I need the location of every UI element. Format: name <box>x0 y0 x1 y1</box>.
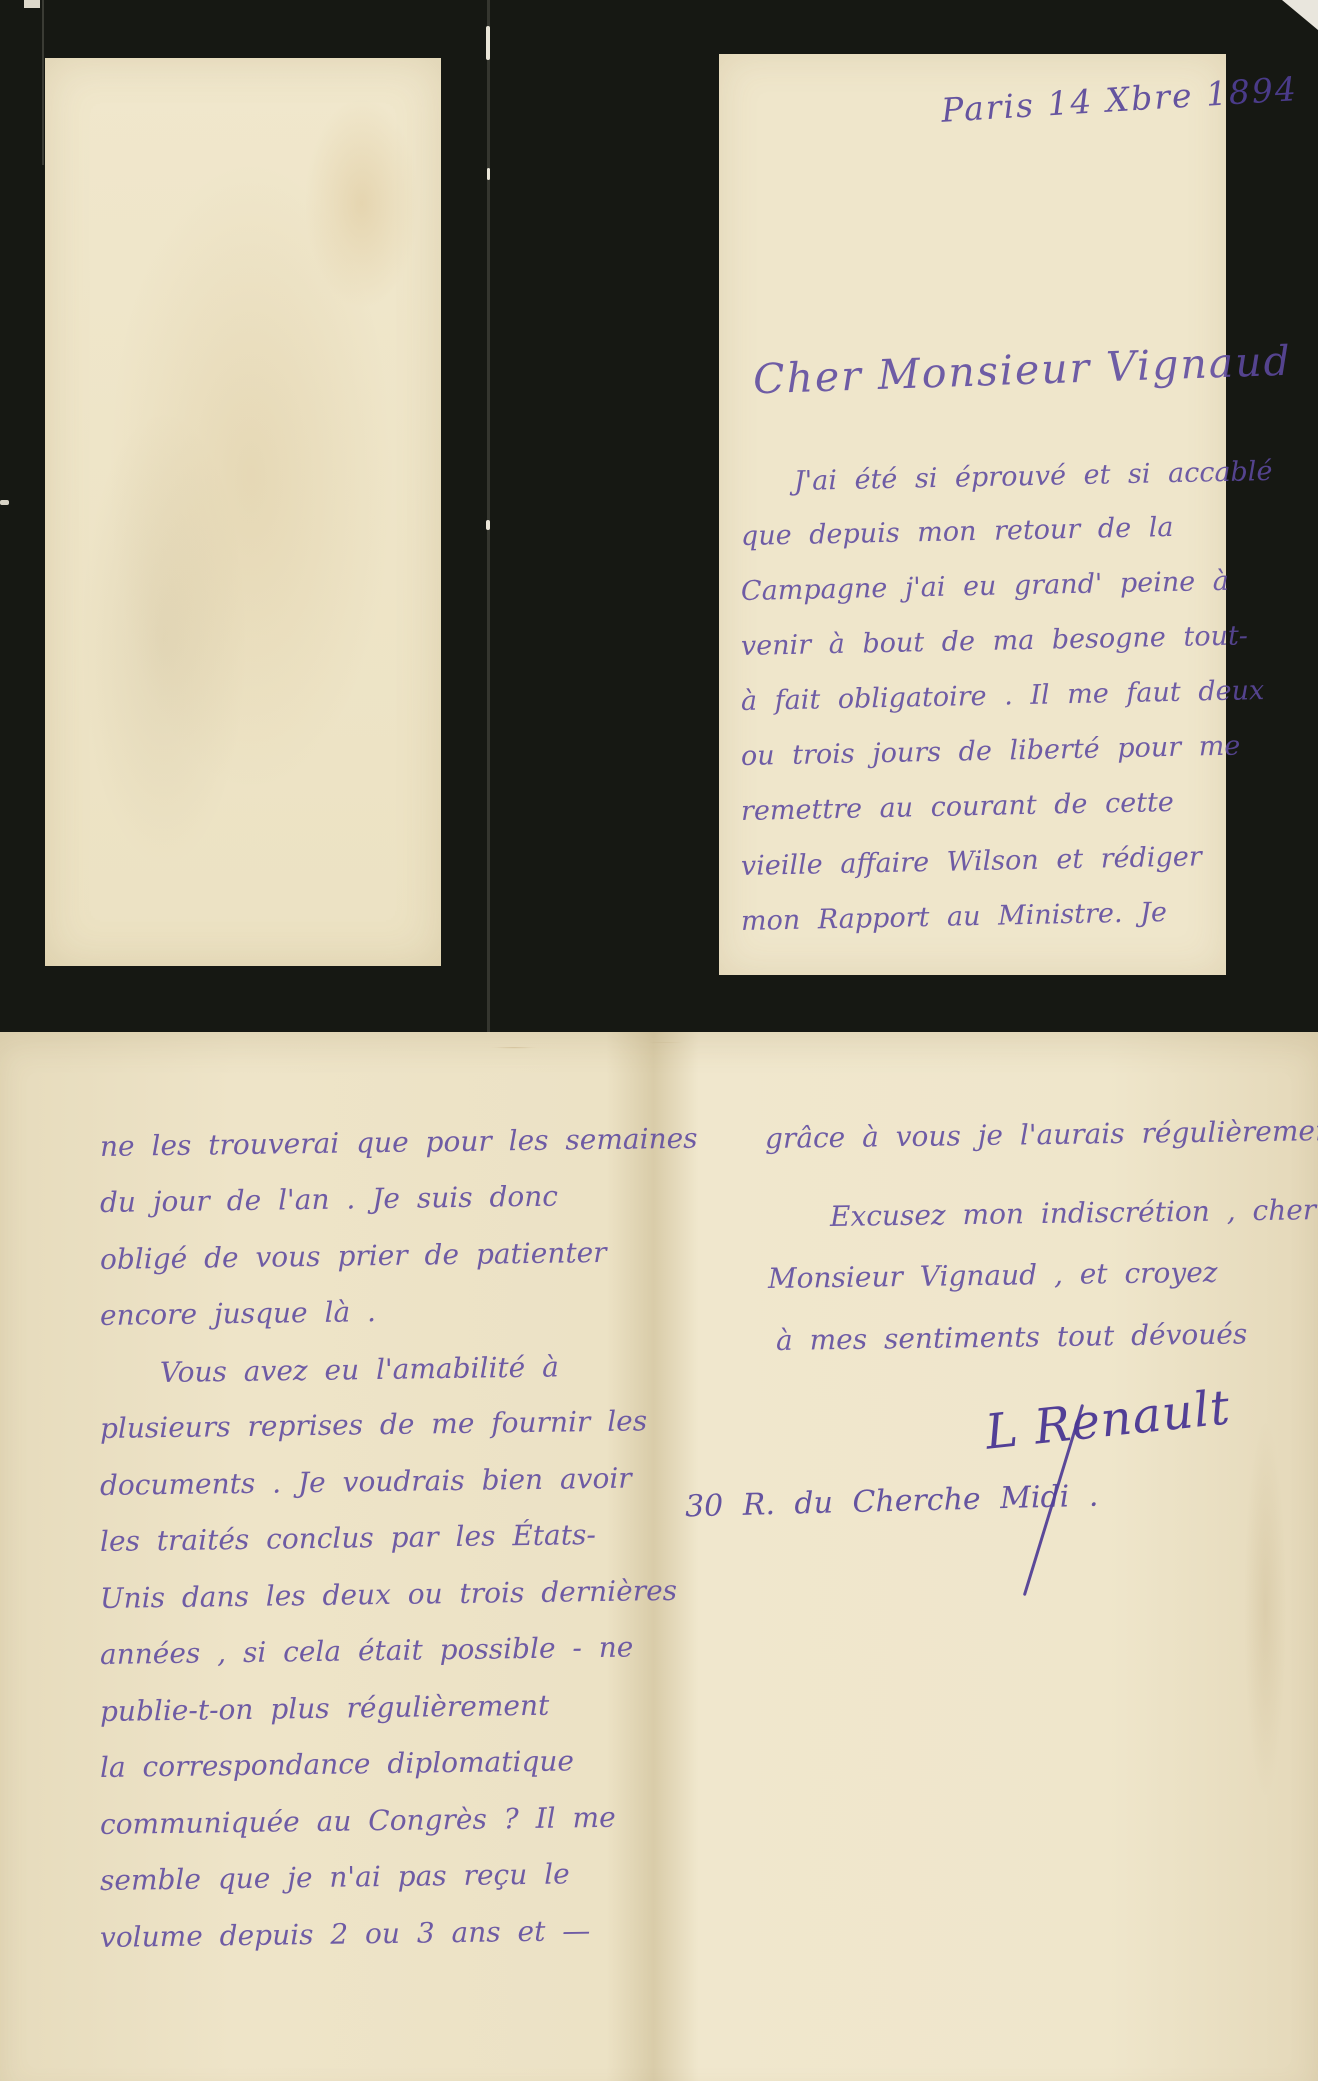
handwritten-line: Excusez mon indiscrétion , cher <box>830 1193 1317 1233</box>
mount-fold <box>487 0 490 1032</box>
letter-page-1: Paris 14 Xbre 1894 Cher Monsieur Vignaud… <box>719 54 1226 975</box>
handwritten-line: J'ai été si éprouvé et si accablé <box>794 456 1273 497</box>
handwritten-line: Monsieur Vignaud , et croyez <box>768 1256 1218 1295</box>
handwritten-line: encore jusque là . <box>100 1295 376 1332</box>
handwritten-line: communiquée au Congrès ? Il me <box>100 1801 616 1841</box>
letter-date: Paris 14 Xbre 1894 <box>940 69 1299 130</box>
fold-highlight <box>486 26 490 60</box>
handwritten-line: publie-t-on plus régulièrement <box>100 1689 550 1728</box>
corner-notch-top-right <box>1282 0 1318 30</box>
handwritten-line: Campagne j'ai eu grand' peine à <box>741 566 1229 607</box>
handwritten-line: ne les trouverai que pour les semaines <box>100 1122 698 1163</box>
handwritten-line: obligé de vous prier de patienter <box>100 1236 607 1276</box>
edge-fleck <box>0 500 9 505</box>
mount-edge-line <box>42 0 44 165</box>
corner-notch-top-left <box>24 0 40 8</box>
handwritten-line: à fait obligatoire . Il me faut deux <box>741 675 1265 717</box>
signature: L Renault <box>983 1379 1233 1460</box>
handwritten-line: vieille affaire Wilson et rédiger <box>741 841 1202 882</box>
handwritten-line: ou trois jours de liberté pour me <box>741 731 1241 772</box>
handwritten-line: semble que je n'ai pas reçu le <box>100 1857 570 1897</box>
handwritten-line: la correspondance diplomatique <box>100 1744 574 1784</box>
handwritten-line: mon Rapport au Ministre. Je <box>741 897 1168 937</box>
handwritten-line: à mes sentiments tout dévoués <box>776 1317 1248 1357</box>
fold-highlight <box>487 168 490 180</box>
letter-scan: Paris 14 Xbre 1894 Cher Monsieur Vignaud… <box>0 0 1318 2081</box>
handwritten-line: documents . Je voudrais bien avoir <box>100 1462 632 1502</box>
blank-verso-page <box>45 58 441 966</box>
photo-bottom-spread: ne les trouverai que pour les semaines d… <box>0 1032 1318 2081</box>
handwritten-line: remettre au courant de cette <box>741 787 1174 827</box>
handwritten-line: grâce à vous je l'aurais régulièrement . <box>765 1114 1318 1155</box>
handwritten-line: plusieurs reprises de me fournir les <box>100 1404 648 1445</box>
letter-salutation: Cher Monsieur Vignaud <box>752 337 1292 404</box>
handwritten-line: années , si cela était possible - ne <box>100 1631 634 1671</box>
sender-address: 30 R. du Cherche Midi . <box>685 1479 1099 1525</box>
handwritten-line: que depuis mon retour de la <box>741 512 1174 552</box>
handwritten-line: venir à bout de ma besogne tout- <box>741 620 1249 662</box>
handwritten-line: Unis dans les deux ou trois dernières <box>100 1574 677 1615</box>
handwritten-line: du jour de l'an . Je suis donc <box>100 1180 558 1219</box>
fold-highlight <box>486 520 490 530</box>
handwritten-line: Vous avez eu l'amabilité à <box>160 1350 559 1389</box>
photo-top-mount: Paris 14 Xbre 1894 Cher Monsieur Vignaud… <box>0 0 1318 1032</box>
handwritten-line: les traités conclus par les États- <box>100 1518 596 1558</box>
handwritten-line: volume depuis 2 ou 3 ans et — <box>100 1914 591 1954</box>
